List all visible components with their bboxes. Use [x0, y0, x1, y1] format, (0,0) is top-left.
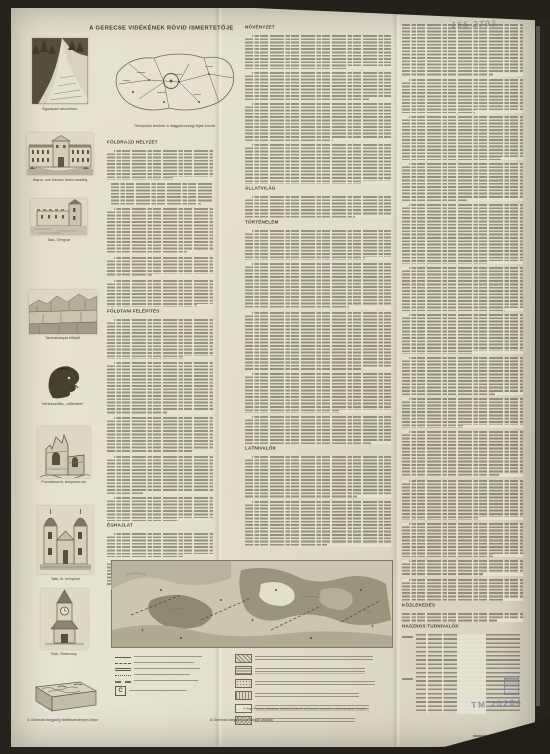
double-line-symbol — [115, 668, 131, 671]
legend-row — [235, 679, 391, 688]
section-heading-kozlekedes: KÖZLEKEDÉS — [402, 604, 453, 607]
section-heading-eghajlat: ÉGHAJLAT — [107, 524, 152, 527]
scan-sheet: A GERECSE VIDÉKÉNEK RÖVID ISMERTETŐJE 16… — [11, 8, 535, 747]
section-heading-wrap: ÉGHAJLAT — [107, 524, 213, 531]
text-column-1: FÖLDRAJZI HELYZET FÖLDTANI FELÉPÍTÉS ÉGH… — [107, 139, 213, 589]
legend-label-lines — [129, 690, 187, 693]
church-ruin-etching — [38, 427, 90, 478]
text-lines — [402, 431, 523, 477]
section-heading-novenyzet: NÖVÉNYZET — [245, 26, 306, 29]
legend-row — [115, 662, 219, 665]
text-lines — [402, 579, 523, 601]
illustration-caption: Ágostyáni arborétum — [42, 107, 77, 109]
horizontal-lines-swatch — [235, 666, 252, 675]
legend-row — [235, 654, 391, 663]
section-heading-wrap: KÖZLEKEDÉS — [402, 604, 523, 611]
text-lines — [402, 398, 523, 428]
legend-row — [115, 674, 219, 677]
thick-dashed-line-symbol — [115, 681, 131, 683]
section-heading-wrap: FÖLDRAJZI HELYZET — [107, 141, 213, 148]
section-heading-allatvilag: ÁLLATVILÁG — [245, 187, 306, 190]
text-lines — [402, 560, 523, 576]
legend-row — [235, 666, 391, 675]
legend-label-lines — [255, 681, 375, 686]
illustration-caption: Pusztamarót, templomrom — [42, 480, 87, 482]
forest-road-etching — [32, 38, 88, 104]
location-sketch-map — [109, 44, 239, 120]
text-lines — [245, 35, 391, 69]
text-lines — [402, 163, 523, 201]
quarry-etching — [29, 290, 97, 334]
illustration-caption: Tata, Óratorony — [51, 652, 77, 654]
text-lines — [245, 230, 391, 260]
page-title: A GERECSE VIDÉKÉNEK RÖVID ISMERTETŐJE — [89, 25, 233, 31]
text-lines — [107, 533, 213, 557]
section-heading-wrap: HASZNOS TUDNIVALÓK — [402, 625, 523, 632]
pencil-note: 165 2793 — [451, 21, 505, 32]
text-lines — [245, 196, 391, 218]
section-heading-wrap: NÖVÉNYZET — [245, 26, 391, 33]
dashed-line-symbol — [115, 663, 131, 664]
text-lines — [245, 501, 391, 547]
solid-line-symbol — [115, 657, 131, 658]
clock-tower-etching — [41, 589, 88, 649]
illustration-caption-wrap: Tardosbányai kőfejtő — [23, 336, 103, 341]
dots-swatch — [235, 679, 252, 688]
text-lines — [107, 319, 213, 359]
legend-row — [115, 656, 219, 659]
text-lines — [402, 523, 523, 557]
legend-row — [115, 668, 219, 671]
text-lines — [402, 204, 523, 264]
legend-label-lines — [255, 693, 359, 698]
illustration-caption-wrap: A Gerecse-hegység tömbszelvényes képe — [18, 718, 108, 723]
illustration-caption-wrap: Bajna, volt Sándor Móric-kastély — [19, 178, 101, 183]
text-lines — [402, 267, 523, 311]
text-lines — [107, 280, 213, 307]
prehistoric-man-etching — [41, 361, 85, 399]
dotted-line-symbol — [115, 675, 131, 676]
geology-map-legend: C — [115, 654, 391, 712]
section-heading-latnivalok: LÁTNIVALÓK — [245, 447, 306, 450]
section-heading-hasznos-tudnivalok: HASZNOS TUDNIVALÓK — [402, 625, 453, 628]
legend-label-lines — [134, 680, 198, 683]
text-lines — [111, 183, 213, 205]
photographed-document: { "document": { "title": "A GERECSE VIDÉ… — [0, 0, 550, 754]
illustration-caption: Vértesszőlős, „előember” — [42, 402, 84, 404]
library-box-stamp — [504, 678, 519, 695]
geology-map — [111, 560, 393, 648]
mansion-etching — [27, 133, 93, 175]
section-heading-tortenelem: TÖRTÉNELEM — [245, 221, 306, 224]
illustration-caption-wrap: Vértesszőlős, „előember” — [21, 402, 105, 407]
inventory-stamp: TM 20264 — [471, 701, 537, 713]
text-lines — [245, 103, 391, 141]
location-map-caption-wrap: Térképünk területe a magyarországi tájak… — [109, 124, 239, 129]
section-heading-foldrajzi-helyzet: FÖLDRAJZI HELYZET — [107, 141, 152, 144]
legend-symbols-group: C — [115, 656, 219, 700]
text-lines — [245, 416, 391, 444]
text-lines — [245, 373, 391, 413]
illustration-caption-wrap: Tata, Óratorony — [27, 652, 101, 657]
text-lines — [245, 456, 391, 498]
text-lines — [107, 497, 213, 521]
list-group-label-stripe — [402, 678, 413, 680]
illustration-caption-wrap: Tata, rk. templom — [28, 577, 102, 582]
hatch-swatch — [235, 654, 252, 663]
text-lines — [107, 257, 213, 277]
text-lines — [107, 456, 213, 494]
illustration-caption-wrap: Pusztamarót, templomrom — [22, 480, 106, 485]
text-lines — [107, 150, 213, 180]
text-lines — [402, 116, 523, 160]
illustration-caption: Tardosbányai kőfejtő — [46, 336, 81, 338]
page-edge-sliver — [536, 26, 540, 706]
section-heading-wrap: TÖRTÉNELEM — [245, 221, 391, 228]
section-heading-wrap: LÁTNIVALÓK — [245, 447, 391, 454]
page-title-wrap: A GERECSE VIDÉKÉNEK RÖVID ISMERTETŐJE — [66, 25, 256, 43]
text-lines — [245, 312, 391, 370]
text-lines — [107, 417, 213, 453]
old-castle-etching — [31, 199, 87, 235]
illustration-caption: Bajna, volt Sándor Móric-kastély — [33, 178, 87, 180]
text-lines — [107, 208, 213, 254]
baroque-church-etching — [38, 506, 93, 574]
legend-label-lines — [134, 662, 194, 665]
block-diagram-drawing — [28, 679, 98, 715]
location-map-caption: Térképünk területe a magyarországi tájak… — [133, 124, 214, 126]
boxed-letter-symbol: C — [115, 686, 126, 696]
list-group-label-stripe — [402, 636, 413, 638]
legend-row — [115, 680, 219, 683]
text-lines — [402, 613, 523, 622]
legend-row — [235, 691, 391, 700]
text-lines — [402, 79, 523, 113]
text-lines — [402, 480, 523, 520]
vertical-lines-swatch — [235, 691, 252, 700]
text-column-2: NÖVÉNYZET ÁLLATVILÁG TÖRTÉNELEM LÁTNIVAL… — [245, 24, 391, 550]
legend-label-lines — [255, 668, 365, 673]
section-heading-wrap: ÁLLATVILÁG — [245, 187, 391, 194]
legend-row: C — [115, 686, 219, 696]
text-lines — [245, 263, 391, 309]
text-lines — [402, 357, 523, 395]
text-lines — [245, 144, 391, 184]
geology-map-caption-wrap: A Gerecse-hegység geológiai vázlata — [141, 718, 341, 723]
illustration-caption: Tata, rk. templom — [50, 577, 79, 579]
text-lines — [245, 72, 391, 100]
text-column-3: KÖZLEKEDÉS HASZNOS TUDNIVALÓK — [402, 24, 523, 714]
legend-label-lines — [255, 656, 373, 661]
geology-footnote: A Nagy-Pisznice oldalában kőfejtők tártá… — [243, 707, 383, 717]
illustration-caption-wrap: Tata, Öregvár — [24, 238, 94, 243]
legend-label-lines — [134, 656, 202, 659]
section-heading-wrap: FÖLDTANI FELÉPÍTÉS — [107, 310, 213, 317]
text-lines — [107, 362, 213, 414]
illustration-caption: Tata, Öregvár — [47, 238, 70, 240]
legend-label-lines — [134, 668, 200, 671]
section-heading-foldtani-felepites: FÖLDTANI FELÉPÍTÉS — [107, 310, 152, 313]
illustration-caption: A Gerecse-hegység tömbszelvényes képe — [28, 718, 99, 720]
geology-map-caption: A Gerecse-hegység geológiai vázlata — [210, 718, 273, 720]
illustration-caption-wrap: Ágostyáni arborétum — [22, 107, 98, 112]
location-sketch-map-drawing — [109, 44, 239, 120]
legend-label-lines — [134, 674, 190, 677]
fold-crease-right — [392, 8, 401, 747]
text-lines — [402, 314, 523, 354]
